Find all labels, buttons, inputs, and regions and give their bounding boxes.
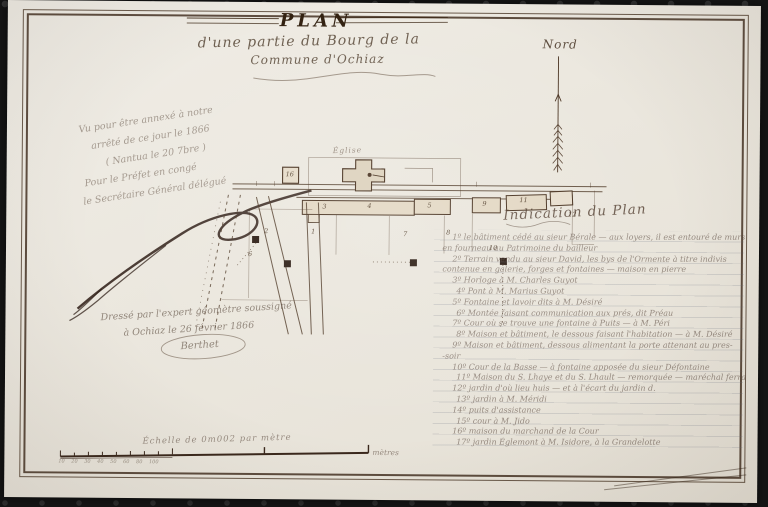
plot-number-4: 4 — [367, 202, 371, 210]
scale-tick-numbers: 10 20 30 40 50 60 80 100 — [58, 458, 188, 465]
plot-number-2: 2 — [264, 227, 268, 235]
title-flourish — [253, 72, 435, 82]
church-label: Église — [333, 145, 363, 155]
corner-fold-line — [604, 467, 746, 491]
legend-item: 12º jardin d'où lieu huis — et à l'écart… — [439, 384, 745, 395]
legend-item: 3º Horloge à M. Charles Guyot — [439, 276, 745, 287]
legend-item: 17º jardin Églemont à M. Isidore, à la G… — [439, 438, 745, 449]
legend-item: 10º Cour de la Basse — à fontaine apposé… — [439, 362, 745, 373]
paper-sheet: PLAN d'une partie du Bourg de la Commune… — [4, 0, 761, 503]
legend-item: -soir — [439, 351, 745, 362]
legend-list: 1º le bâtiment cédé au sieur Bérale — au… — [439, 233, 745, 449]
legend-item: 2º Terrain vendu au sieur David, les bys… — [439, 254, 745, 265]
page-title: PLAN — [280, 10, 353, 32]
legend-item: 6º Montée faisant communication aux prés… — [439, 308, 745, 319]
subtitle-line2: Commune d'Ochiaz — [250, 52, 384, 67]
plot-number-3: 3 — [322, 203, 326, 211]
plot-number-5: 5 — [427, 201, 431, 209]
legend-item: 4º Pont à M. Marius Guyot — [439, 287, 745, 298]
legend-item: 5º Fontaine et lavoir dits à M. Désiré — [439, 297, 745, 308]
legend-item: 15º cour à M. Jido — [439, 416, 745, 427]
plot-number-9: 9 — [482, 200, 486, 208]
legend-item: 16º maison du marchand de la Cour — [439, 427, 745, 438]
scale-unit-label: mètres — [372, 448, 399, 457]
legend-item: 14º puits d'assistance — [439, 405, 745, 416]
plot-number-16: 16 — [286, 170, 294, 178]
plot-number-1: 1 — [311, 227, 315, 235]
plot-number-7: 7 — [403, 230, 407, 238]
legend-item: 7º Cour où se trouve une fontaine à Puit… — [439, 319, 745, 330]
legend-item: 1º le bâtiment cédé au sieur Bérale — au… — [439, 233, 745, 244]
photographed-plan-document: PLAN d'une partie du Bourg de la Commune… — [0, 0, 768, 507]
legend-item: 9º Maison et bâtiment, dessous alimentan… — [439, 340, 745, 351]
title-rule-left — [187, 17, 279, 24]
plot-number-11: 11 — [519, 196, 527, 204]
north-arrow — [553, 56, 564, 172]
legend-item: 8º Maison et bâtiment, le dessous faisan… — [439, 330, 745, 341]
plot-number-6: 6 — [248, 250, 252, 258]
legend-item: contenue en galerie, forges et fontaines… — [439, 265, 745, 276]
church-building — [342, 160, 384, 191]
legend-item: en fourneau au Patrimoine du bailleur — [439, 243, 745, 254]
legend-item: 13º jardin à M. Méridi — [439, 394, 745, 405]
north-label: Nord — [543, 37, 578, 51]
legend-item: 11º Maison du S. Lhaye et du S. Lhault —… — [439, 373, 745, 384]
